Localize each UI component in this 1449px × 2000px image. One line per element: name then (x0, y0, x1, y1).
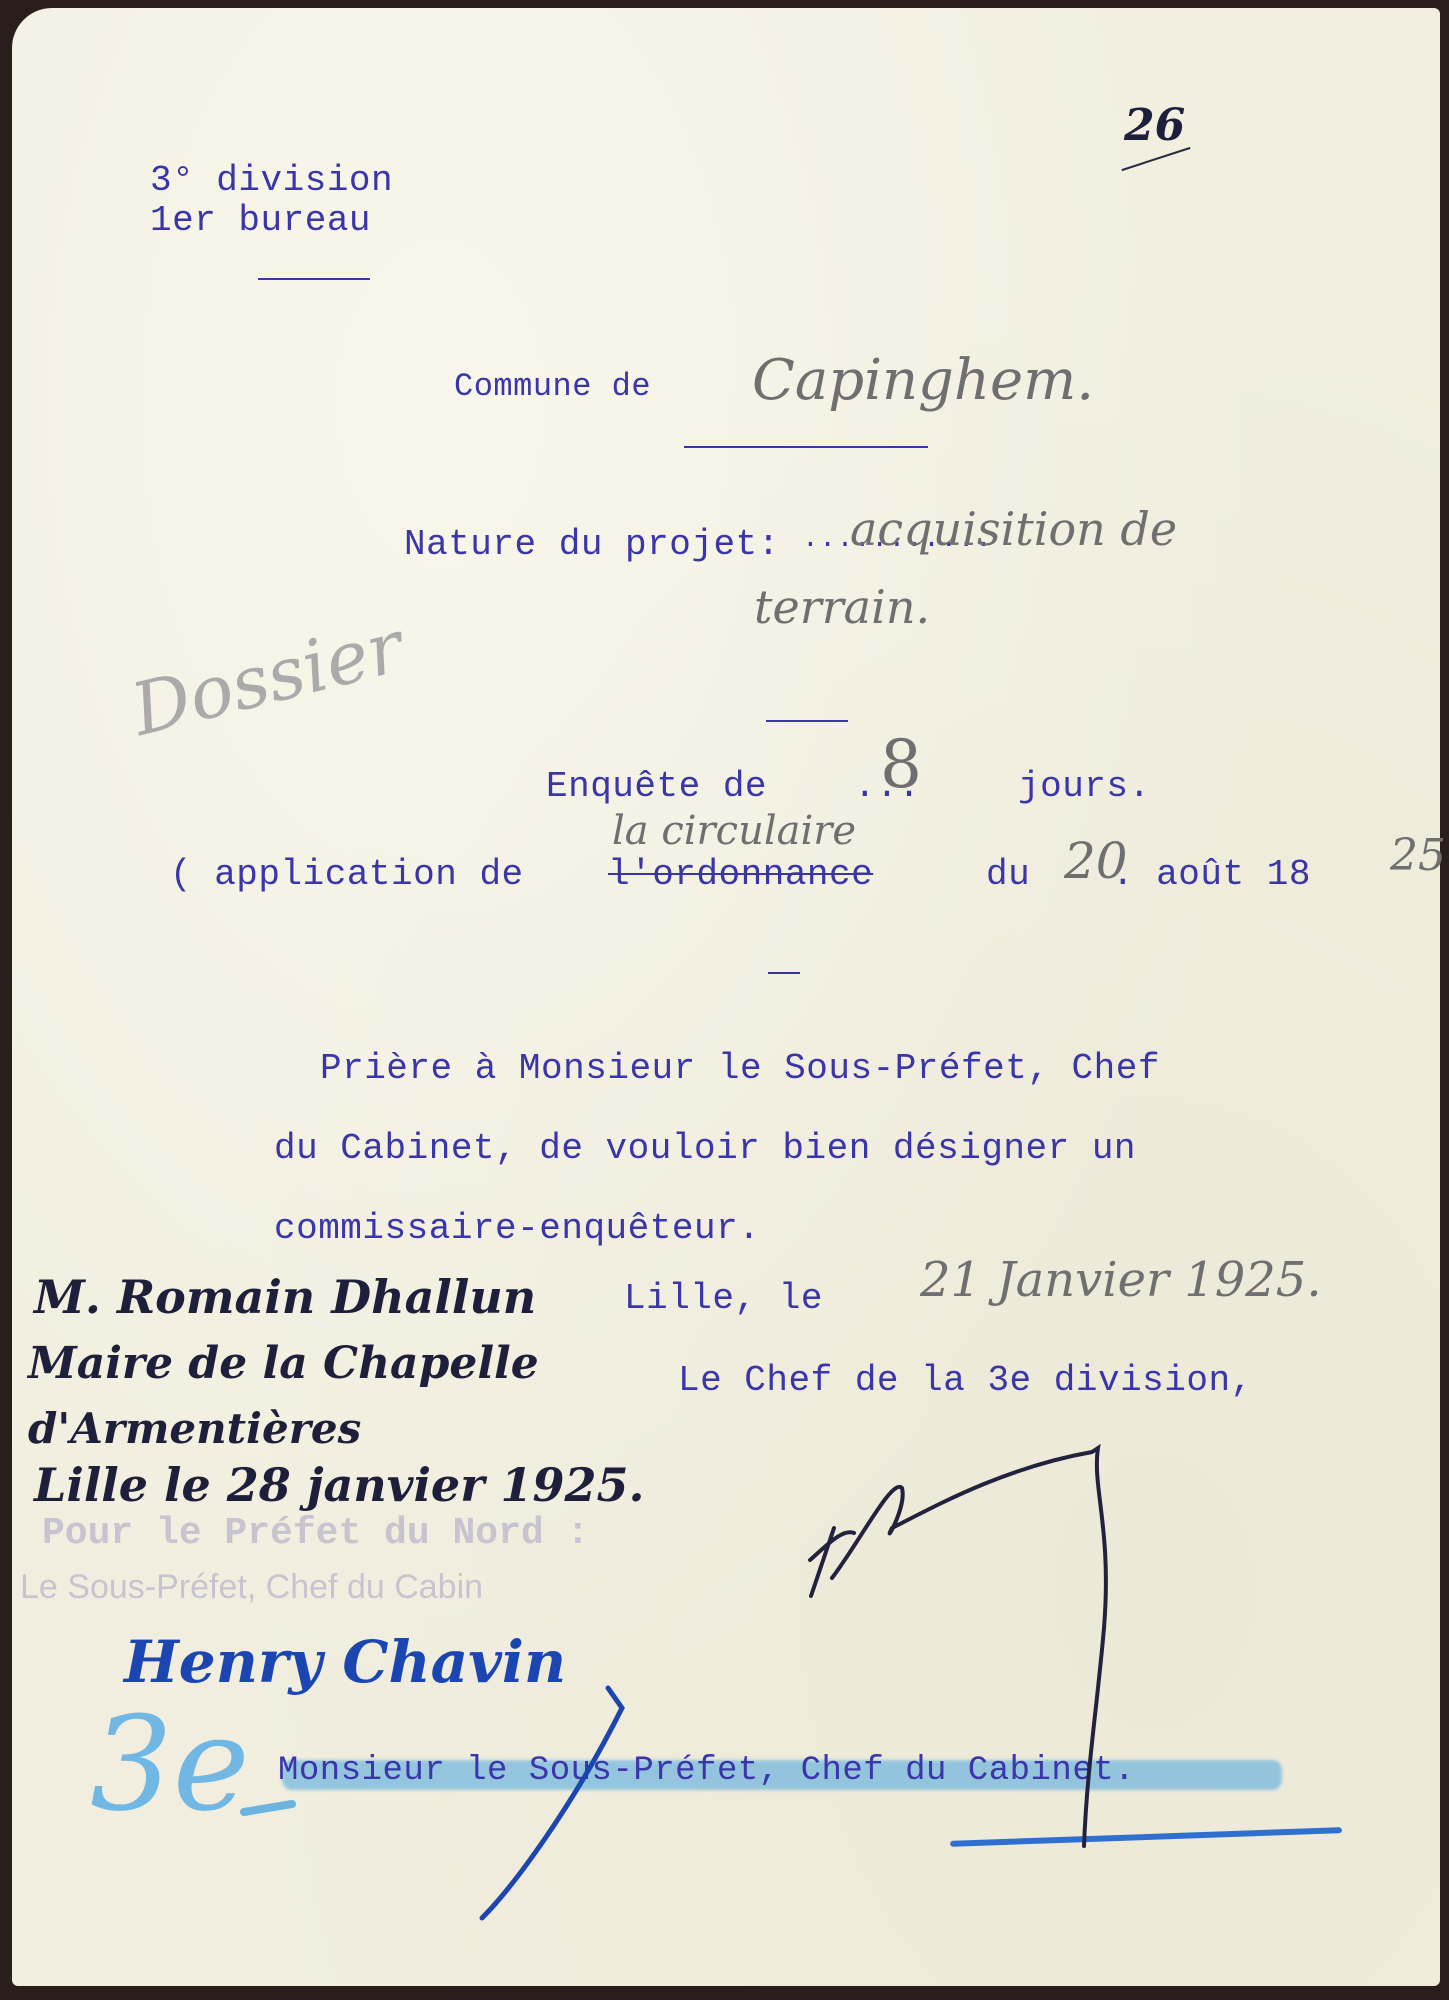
request-line-3: commissaire-enquêteur. (274, 1208, 760, 1249)
crayon-dash (244, 1804, 292, 1812)
addressee: Monsieur le Sous-Préfet, Chef du Cabinet… (278, 1752, 1135, 1790)
crayon-note: 3e (90, 1688, 250, 1840)
application-insertion: la circulaire (612, 808, 856, 854)
section-divider-2 (768, 972, 800, 974)
commune-name: Capinghem. (752, 348, 1094, 413)
application-struck-text: l'ordonnance (608, 854, 873, 895)
enquete-prefix: Enquête de (546, 766, 767, 807)
application-open: ( application de (170, 854, 524, 895)
commune-divider (684, 446, 928, 448)
addressee-underline (950, 1827, 1342, 1847)
dateline-prefix: Lille, le (624, 1278, 823, 1319)
annotation-line-1: M. Romain Dhallun (34, 1270, 536, 1324)
prefect-signature: Henry Chavin (124, 1628, 566, 1696)
project-label: Nature du projet: (404, 524, 780, 565)
section-divider-1 (766, 720, 848, 722)
enquete-days: 8 (880, 726, 922, 803)
annotation-line-2: Maire de la Chapelle (28, 1338, 539, 1389)
commune-label: Commune de (454, 368, 651, 405)
annotation-line-3: d'Armentières (28, 1404, 361, 1453)
stamp-line-1: Pour le Préfet du Nord : (42, 1512, 589, 1555)
division-label: 3° division (150, 160, 393, 201)
project-value-line1: acquisition de (850, 502, 1177, 556)
request-line-2: du Cabinet, de vouloir bien désigner un (274, 1128, 1136, 1169)
signatory-title: Le Chef de la 3e division, (678, 1360, 1253, 1401)
application-month: . août 18 (1112, 854, 1311, 895)
dateline-date: 21 Janvier 1925. (920, 1252, 1322, 1308)
stamp-line-2: Le Sous-Préfet, Chef du Cabin (20, 1568, 483, 1607)
bureau-label: 1er bureau (150, 200, 371, 241)
project-value-line2: terrain. (754, 580, 930, 634)
document-page: 26 3° division 1er bureau Commune de Cap… (12, 8, 1440, 1986)
application-du: du (986, 854, 1030, 895)
enquete-suffix: jours. (1018, 766, 1151, 807)
prefect-signature-stroke (482, 1688, 622, 1918)
annotation-line-4: Lille le 28 janvier 1925. (34, 1458, 645, 1512)
request-line-1: Prière à Monsieur le Sous-Préfet, Chef (320, 1048, 1160, 1089)
margin-note-pencil: Dossier (124, 604, 411, 752)
header-divider (258, 278, 370, 280)
application-year-end: 25 (1390, 830, 1446, 881)
folio-number: 26 (1124, 100, 1185, 151)
